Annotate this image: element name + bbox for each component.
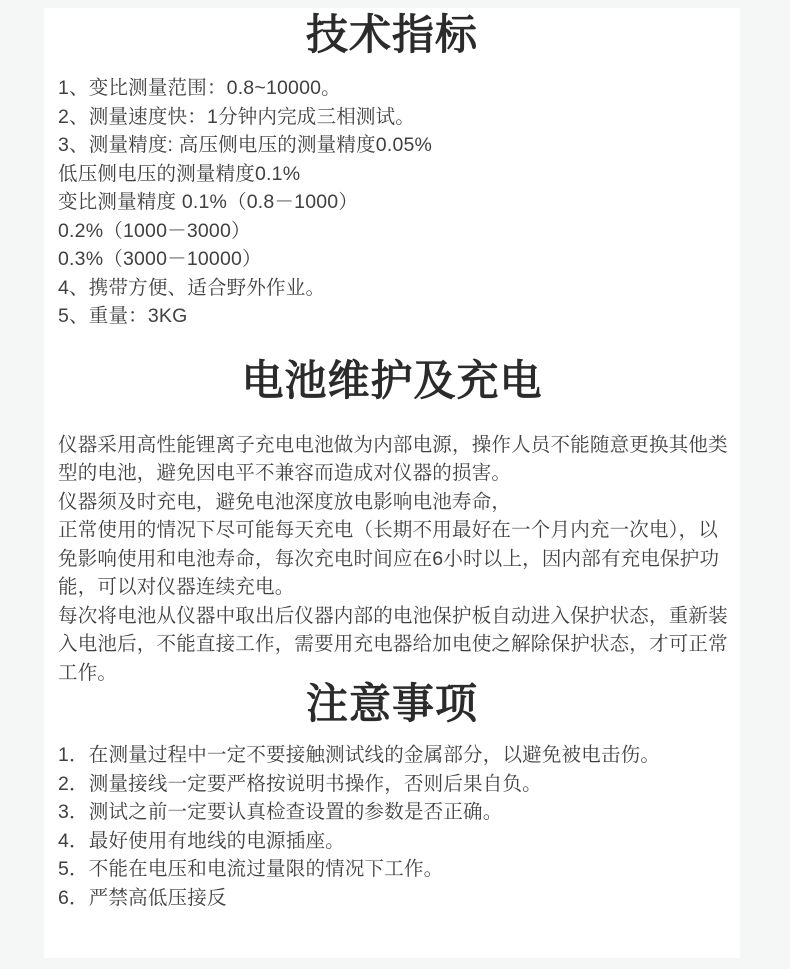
battery-line: 入电池后，不能直接工作，需要用充电器给加电使之解除保护状态，才可正常 <box>58 630 726 659</box>
precaution-line: 4．最好使用有地线的电源插座。 <box>58 827 726 856</box>
section-precautions: 注意事项 1．在测量过程中一定不要接触测试线的金属部分，以避免被电击伤。 2．测… <box>58 679 726 912</box>
battery-title: 电池维护及充电 <box>58 356 726 406</box>
precaution-line: 1．在测量过程中一定不要接触测试线的金属部分，以避免被电击伤。 <box>58 741 726 770</box>
spec-line: 4、携带方便、适合野外作业。 <box>58 274 726 303</box>
spec-line: 3、测量精度: 高压侧电压的测量精度0.05% <box>58 131 726 160</box>
battery-line: 型的电池，避免因电平不兼容而造成对仪器的损害。 <box>58 459 726 488</box>
spec-line: 0.3%（3000－10000） <box>58 245 726 274</box>
battery-paragraphs: 仪器采用高性能锂离子充电电池做为内部电源，操作人员不能随意更换其他类 型的电池，… <box>58 431 726 688</box>
battery-line: 免影响使用和电池寿命，每次充电时间应在6小时以上，因内部有充电保护功 <box>58 545 726 574</box>
tech-specs-title: 技术指标 <box>58 10 726 60</box>
spec-line: 低压侧电压的测量精度0.1% <box>58 160 726 189</box>
precautions-list: 1．在测量过程中一定不要接触测试线的金属部分，以避免被电击伤。 2．测量接线一定… <box>58 741 726 912</box>
precaution-line: 3．测试之前一定要认真检查设置的参数是否正确。 <box>58 798 726 827</box>
tech-specs-list: 1、变比测量范围：0.8~10000。 2、测量速度快：1分钟内完成三相测试。 … <box>58 74 726 331</box>
precautions-title: 注意事项 <box>58 679 726 729</box>
battery-line: 仪器须及时充电，避免电池深度放电影响电池寿命， <box>58 488 726 517</box>
spec-line: 0.2%（1000－3000） <box>58 217 726 246</box>
precaution-line: 6．严禁高低压接反 <box>58 884 726 913</box>
spec-line: 2、测量速度快：1分钟内完成三相测试。 <box>58 103 726 132</box>
battery-line: 正常使用的情况下尽可能每天充电（长期不用最好在一个月内充一次电），以 <box>58 516 726 545</box>
spec-line: 变比测量精度 0.1%（0.8－1000） <box>58 188 726 217</box>
spec-line: 5、重量：3KG <box>58 302 726 331</box>
section-battery: 电池维护及充电 仪器采用高性能锂离子充电电池做为内部电源，操作人员不能随意更换其… <box>58 356 726 688</box>
content-card: 技术指标 1、变比测量范围：0.8~10000。 2、测量速度快：1分钟内完成三… <box>44 8 740 958</box>
battery-line: 每次将电池从仪器中取出后仪器内部的电池保护板自动进入保护状态，重新装 <box>58 602 726 631</box>
precaution-line: 2．测量接线一定要严格按说明书操作，否则后果自负。 <box>58 770 726 799</box>
section-tech-specs: 技术指标 1、变比测量范围：0.8~10000。 2、测量速度快：1分钟内完成三… <box>58 10 726 331</box>
battery-line: 仪器采用高性能锂离子充电电池做为内部电源，操作人员不能随意更换其他类 <box>58 431 726 460</box>
page-background: 技术指标 1、变比测量范围：0.8~10000。 2、测量速度快：1分钟内完成三… <box>0 0 790 969</box>
precaution-line: 5．不能在电压和电流过量限的情况下工作。 <box>58 855 726 884</box>
spec-line: 1、变比测量范围：0.8~10000。 <box>58 74 726 103</box>
battery-line: 能，可以对仪器连续充电。 <box>58 573 726 602</box>
